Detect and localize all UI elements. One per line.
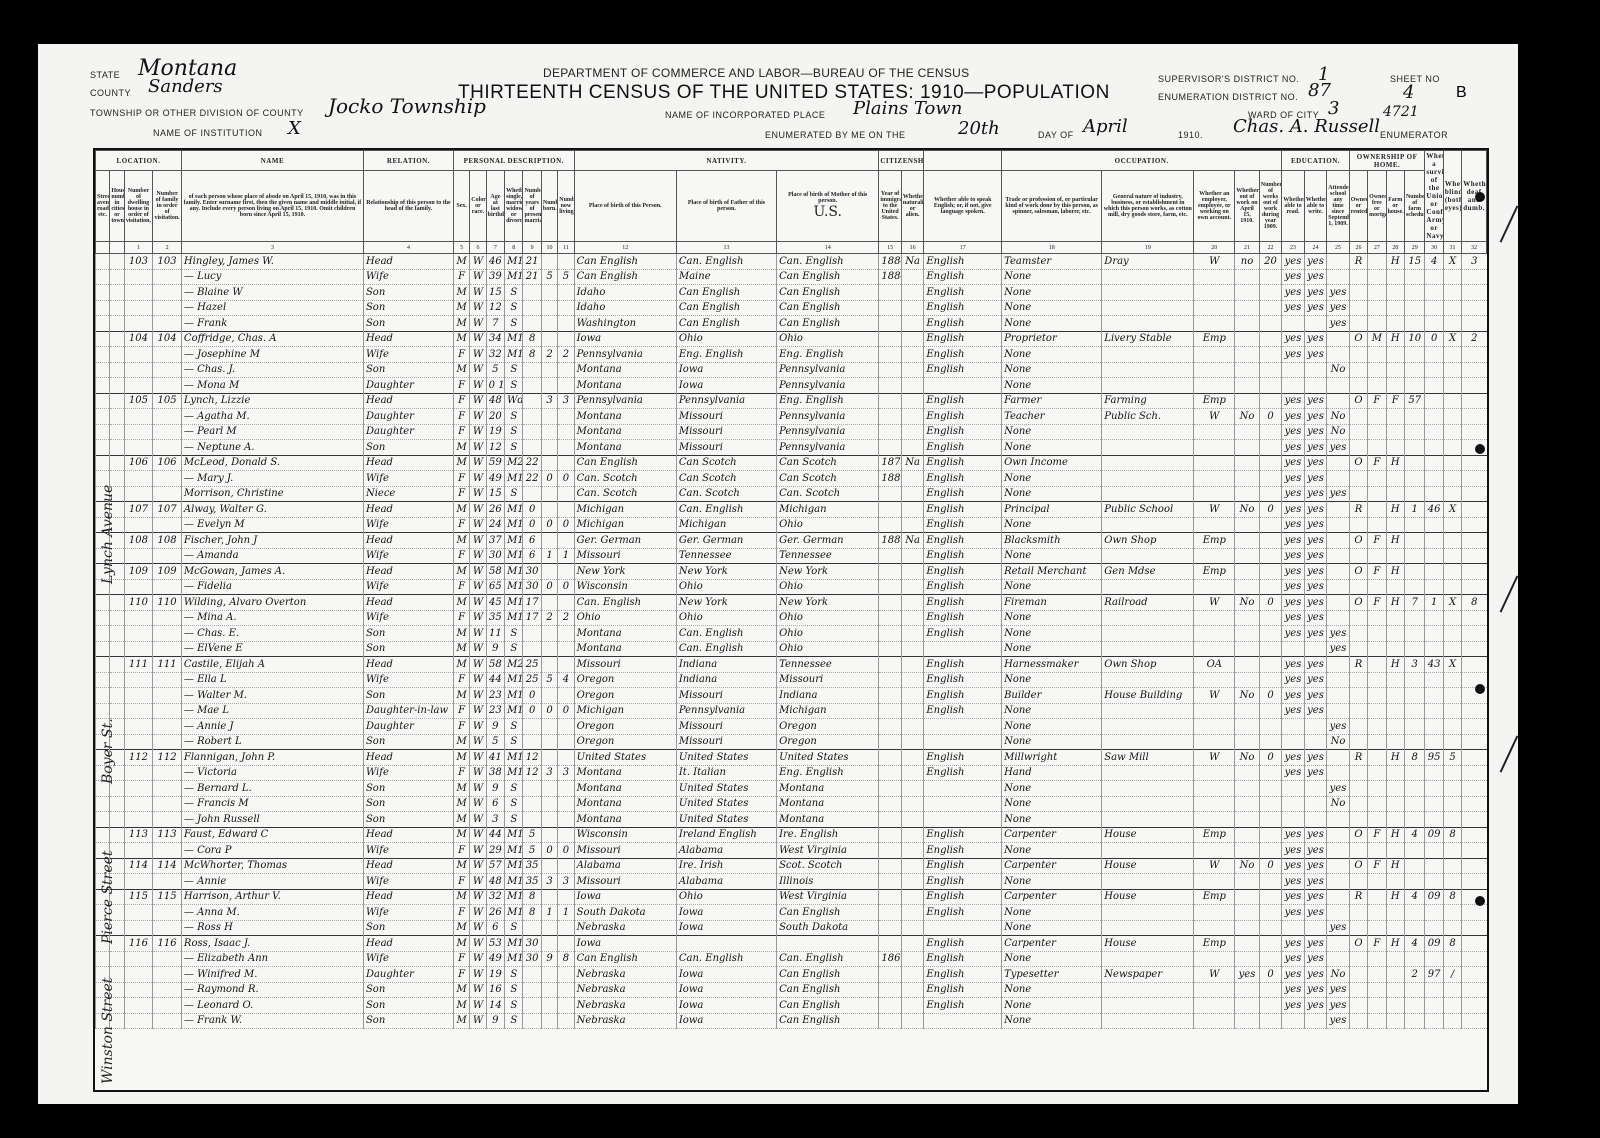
cell-rd: yes (1282, 610, 1304, 626)
cell-fh (1386, 300, 1404, 316)
cell-ow: No (1235, 595, 1260, 611)
cell-rel: Son (363, 998, 453, 1014)
cell-sex: F (453, 393, 469, 409)
cell-eng: English (924, 254, 1002, 270)
cell-rel: Daughter (363, 424, 453, 440)
cell-rel: Son (363, 812, 453, 828)
cell-mtg (1368, 424, 1386, 440)
cell-name: — Elizabeth Ann (181, 951, 363, 967)
cell-emp: Emp (1194, 936, 1235, 952)
cell-rel: Son (363, 316, 453, 332)
col-naturalized: Whether naturalized or alien. (901, 171, 924, 242)
cell-ms: M1 (505, 269, 523, 285)
cell-house (110, 595, 124, 611)
cell-house (110, 269, 124, 285)
cell-df (1462, 796, 1487, 812)
cell-imm: 1884 (879, 269, 901, 285)
cell-eng: English (924, 874, 1002, 890)
cell-wk (1259, 316, 1282, 332)
cell-sch (1404, 409, 1424, 425)
cell-rel: Head (363, 936, 453, 952)
cell-ow (1235, 719, 1260, 735)
cell-wk (1259, 812, 1282, 828)
census-row: Morrison, ChristineNieceFW15SCan. Scotch… (96, 486, 1487, 502)
cell-rd: yes (1282, 300, 1304, 316)
cell-ind (1102, 362, 1194, 378)
cell-name: — ElVene E (181, 641, 363, 657)
cell-name: Faust, Edward C (181, 827, 363, 843)
cell-df (1462, 812, 1487, 828)
cell-ms: S (505, 982, 523, 998)
cell-name: Hingley, James W. (181, 254, 363, 270)
cell-sch (1404, 982, 1424, 998)
cell-imm: 1881 (879, 471, 901, 487)
cell-yrs (523, 920, 541, 936)
cell-dw: 114 (124, 858, 153, 874)
cell-born: 1 (541, 905, 557, 921)
cell-sex: F (453, 905, 469, 921)
cell-dw (124, 486, 153, 502)
cell-bl (1443, 455, 1461, 471)
cell-own (1349, 269, 1367, 285)
col-employer: Whether an employer, employee, or workin… (1194, 171, 1235, 242)
township-label: Township or other division of county (90, 108, 304, 118)
cell-rel: Son (363, 982, 453, 998)
cell-own: O (1349, 331, 1367, 347)
column-number: 4 (363, 242, 453, 254)
cell-bl (1443, 300, 1461, 316)
cell-bf: Ire. Irish (676, 858, 776, 874)
cell-v (1425, 874, 1443, 890)
col-name: of each person whose place of abode on A… (181, 171, 363, 242)
cell-ms: S (505, 734, 523, 750)
cell-rd: yes (1282, 889, 1304, 905)
cell-bp: Can English (574, 269, 676, 285)
census-row: 114114McWhorter, ThomasHeadMW57M135Alaba… (96, 858, 1487, 874)
cell-living (558, 424, 574, 440)
cell-mtg (1368, 750, 1386, 766)
cell-bm: Ohio (777, 331, 879, 347)
cell-fam (153, 440, 182, 456)
cell-bf: Iowa (676, 905, 776, 921)
cell-name: — Leonard O. (181, 998, 363, 1014)
cell-own (1349, 285, 1367, 301)
cell-born: 5 (541, 672, 557, 688)
cell-race: W (470, 688, 486, 704)
cell-bm: Can. English (777, 254, 879, 270)
cell-living (558, 657, 574, 673)
cell-street (96, 378, 110, 394)
cell-eng: English (924, 998, 1002, 1014)
cell-nat (901, 409, 924, 425)
cell-df (1462, 1013, 1487, 1029)
cell-v (1425, 781, 1443, 797)
cell-wr (1304, 1013, 1326, 1029)
cell-sc: yes (1327, 781, 1350, 797)
cell-ms: M1 (505, 951, 523, 967)
cell-eng: English (924, 517, 1002, 533)
cell-nat (901, 734, 924, 750)
cell-nat: Na (901, 533, 924, 549)
cell-ind: House (1102, 889, 1194, 905)
cell-living (558, 362, 574, 378)
cell-yrs: 8 (523, 889, 541, 905)
cell-emp: Emp (1194, 331, 1235, 347)
cell-bm: Can Scotch (777, 471, 879, 487)
cell-sc (1327, 905, 1350, 921)
margin-street-boyer: Boyer St. (100, 718, 116, 784)
cell-ms: M1 (505, 905, 523, 921)
cell-name: Alway, Walter G. (181, 502, 363, 518)
cell-street (96, 796, 110, 812)
cell-eng: English (924, 703, 1002, 719)
cell-sex: F (453, 874, 469, 890)
cell-wr: yes (1304, 347, 1326, 363)
cell-rd: yes (1282, 285, 1304, 301)
cell-living: 0 (558, 843, 574, 859)
cell-mtg (1368, 874, 1386, 890)
cell-nat (901, 610, 924, 626)
cell-mtg (1368, 1013, 1386, 1029)
cell-name: — Mona M (181, 378, 363, 394)
cell-mtg: F (1368, 936, 1386, 952)
cell-eng: English (924, 533, 1002, 549)
cell-df (1462, 378, 1487, 394)
cell-race: W (470, 1013, 486, 1029)
cell-trade: None (1002, 378, 1102, 394)
cell-eng (924, 641, 1002, 657)
cell-age: 16 (486, 982, 504, 998)
cell-race: W (470, 703, 486, 719)
col-children-living: Number now living. (558, 171, 574, 242)
cell-eng: English (924, 579, 1002, 595)
cell-wr: yes (1304, 843, 1326, 859)
cell-df (1462, 719, 1487, 735)
cell-dw (124, 920, 153, 936)
cell-fam (153, 765, 182, 781)
cell-fh (1386, 905, 1404, 921)
cell-v (1425, 626, 1443, 642)
cell-wr: yes (1304, 998, 1326, 1014)
cell-bl (1443, 548, 1461, 564)
cell-wk (1259, 843, 1282, 859)
group-personal: PERSONAL DESCRIPTION. (453, 151, 574, 171)
cell-street (96, 595, 110, 611)
cell-v (1425, 610, 1443, 626)
cell-age: 57 (486, 858, 504, 874)
cell-name: — Hazel (181, 300, 363, 316)
cell-living (558, 409, 574, 425)
cell-trade: None (1002, 610, 1102, 626)
cell-df (1462, 781, 1487, 797)
cell-bl (1443, 920, 1461, 936)
cell-emp (1194, 703, 1235, 719)
cell-race: W (470, 533, 486, 549)
cell-v (1425, 548, 1443, 564)
cell-ms: S (505, 424, 523, 440)
cell-rel: Son (363, 440, 453, 456)
cell-ind: Saw Mill (1102, 750, 1194, 766)
cell-living (558, 1013, 574, 1029)
cell-rel: Niece (363, 486, 453, 502)
cell-eng: English (924, 393, 1002, 409)
cell-born: 1 (541, 548, 557, 564)
cell-living: 3 (558, 765, 574, 781)
cell-emp: Emp (1194, 564, 1235, 580)
census-row: — Chas. E.SonMW11SMontanaCan. EnglishOhi… (96, 626, 1487, 642)
cell-sex: F (453, 765, 469, 781)
cell-bp: Montana (574, 409, 676, 425)
cell-emp (1194, 285, 1235, 301)
cell-sch: 4 (1404, 827, 1424, 843)
cell-mtg: F (1368, 564, 1386, 580)
cell-emp (1194, 579, 1235, 595)
cell-wr: yes (1304, 765, 1326, 781)
cell-nat (901, 781, 924, 797)
cell-dw: 107 (124, 502, 153, 518)
cell-sch (1404, 517, 1424, 533)
cell-v (1425, 269, 1443, 285)
cell-v (1425, 951, 1443, 967)
cell-bf: Maine (676, 269, 776, 285)
cell-rd: yes (1282, 843, 1304, 859)
cell-fh (1386, 316, 1404, 332)
cell-bf: Missouri (676, 440, 776, 456)
cell-ow (1235, 796, 1260, 812)
cell-dw: 105 (124, 393, 153, 409)
cell-imm (879, 781, 901, 797)
cell-trade: None (1002, 796, 1102, 812)
cell-bf: Eng. English (676, 347, 776, 363)
enumerated-day: 20th (958, 118, 1000, 139)
cell-house (110, 610, 124, 626)
cell-mtg (1368, 951, 1386, 967)
cell-fh (1386, 626, 1404, 642)
cell-ow (1235, 471, 1260, 487)
cell-bf: Ohio (676, 610, 776, 626)
cell-imm (879, 564, 901, 580)
cell-trade: None (1002, 1013, 1102, 1029)
cell-nat (901, 843, 924, 859)
cell-trade: None (1002, 424, 1102, 440)
cell-sc: yes (1327, 440, 1350, 456)
cell-age: 6 (486, 796, 504, 812)
cell-ow (1235, 1013, 1260, 1029)
cell-trade: None (1002, 734, 1102, 750)
cell-eng: English (924, 936, 1002, 952)
cell-yrs: 35 (523, 874, 541, 890)
cell-dw (124, 1013, 153, 1029)
cell-sc: yes (1327, 316, 1350, 332)
cell-emp: W (1194, 688, 1235, 704)
cell-own (1349, 486, 1367, 502)
cell-fh (1386, 409, 1404, 425)
cell-imm (879, 905, 901, 921)
cell-wk (1259, 781, 1282, 797)
cell-wr: yes (1304, 254, 1326, 270)
cell-fam: 115 (153, 889, 182, 905)
cell-sch (1404, 316, 1424, 332)
cell-bl (1443, 672, 1461, 688)
cell-fam (153, 269, 182, 285)
cell-fam (153, 688, 182, 704)
column-number: 9 (523, 242, 541, 254)
cell-df (1462, 657, 1487, 673)
cell-bp: Montana (574, 424, 676, 440)
cell-v (1425, 486, 1443, 502)
cell-v (1425, 409, 1443, 425)
cell-race: W (470, 796, 486, 812)
cell-trade: None (1002, 920, 1102, 936)
cell-ms: M1 (505, 331, 523, 347)
cell-living (558, 688, 574, 704)
cell-fam (153, 409, 182, 425)
year-label: 1910. (1178, 130, 1203, 140)
cell-born (541, 812, 557, 828)
cell-v (1425, 719, 1443, 735)
cell-nat (901, 874, 924, 890)
cell-imm: 1869 (879, 951, 901, 967)
cell-yrs (523, 719, 541, 735)
cell-living: 8 (558, 951, 574, 967)
cell-rd: yes (1282, 982, 1304, 998)
cell-ow (1235, 951, 1260, 967)
cell-eng: English (924, 316, 1002, 332)
cell-race: W (470, 889, 486, 905)
cell-dw: 111 (124, 657, 153, 673)
cell-df (1462, 455, 1487, 471)
cell-bl (1443, 765, 1461, 781)
cell-born (541, 858, 557, 874)
cell-trade: None (1002, 440, 1102, 456)
cell-bp: Can. Scotch (574, 471, 676, 487)
cell-fh (1386, 1013, 1404, 1029)
cell-emp (1194, 378, 1235, 394)
margin-street-pierce: Pierce Street (100, 850, 116, 944)
cell-born (541, 254, 557, 270)
cell-ind (1102, 424, 1194, 440)
cell-mtg (1368, 316, 1386, 332)
cell-nat (901, 424, 924, 440)
cell-ow (1235, 672, 1260, 688)
cell-fh (1386, 734, 1404, 750)
cell-sch: 8 (1404, 750, 1424, 766)
cell-bf: Can. Scotch (676, 486, 776, 502)
census-row: — Leonard O.SonMW14SNebraskaIowaCan Engl… (96, 998, 1487, 1014)
cell-fh (1386, 812, 1404, 828)
cell-rd (1282, 316, 1304, 332)
cell-bf: Iowa (676, 967, 776, 983)
col-school: Attended school any time since September… (1327, 171, 1350, 242)
cell-mtg: F (1368, 393, 1386, 409)
cell-nat (901, 812, 924, 828)
cell-own (1349, 765, 1367, 781)
column-number: 11 (558, 242, 574, 254)
cell-wk (1259, 657, 1282, 673)
cell-born (541, 657, 557, 673)
cell-ow: No (1235, 502, 1260, 518)
cell-ind (1102, 269, 1194, 285)
cell-trade: Harnessmaker (1002, 657, 1102, 673)
cell-yrs: 12 (523, 765, 541, 781)
cell-sc (1327, 269, 1350, 285)
cell-own (1349, 982, 1367, 998)
cell-v (1425, 843, 1443, 859)
cell-sch (1404, 998, 1424, 1014)
cell-living (558, 967, 574, 983)
cell-fh (1386, 967, 1404, 983)
cell-bl (1443, 719, 1461, 735)
cell-bf: United States (676, 812, 776, 828)
cell-name: — Mina A. (181, 610, 363, 626)
column-number: 20 (1194, 242, 1235, 254)
cell-age: 12 (486, 440, 504, 456)
cell-own (1349, 347, 1367, 363)
cell-own (1349, 920, 1367, 936)
cell-own (1349, 812, 1367, 828)
cell-fam: 112 (153, 750, 182, 766)
cell-imm (879, 967, 901, 983)
cell-bf: Missouri (676, 409, 776, 425)
cell-fam (153, 998, 182, 1014)
cell-own: R (1349, 502, 1367, 518)
cell-bl (1443, 858, 1461, 874)
cell-emp: W (1194, 502, 1235, 518)
cell-trade: None (1002, 517, 1102, 533)
cell-v: 09 (1425, 889, 1443, 905)
cell-bf: Iowa (676, 378, 776, 394)
cell-rel: Son (363, 781, 453, 797)
cell-v (1425, 517, 1443, 533)
cell-ow (1235, 440, 1260, 456)
cell-v (1425, 347, 1443, 363)
cell-trade: None (1002, 905, 1102, 921)
cell-bl (1443, 269, 1461, 285)
cell-dw (124, 719, 153, 735)
cell-yrs (523, 734, 541, 750)
cell-df (1462, 734, 1487, 750)
cell-v (1425, 1013, 1443, 1029)
census-table: LOCATION. NAME RELATION. PERSONAL DESCRI… (93, 148, 1489, 1092)
cell-emp (1194, 610, 1235, 626)
cell-rel: Wife (363, 843, 453, 859)
cell-fam (153, 579, 182, 595)
cell-bf: Can. English (676, 951, 776, 967)
cell-df (1462, 827, 1487, 843)
cell-sex: F (453, 471, 469, 487)
cell-bf: It. Italian (676, 765, 776, 781)
cell-wr: yes (1304, 750, 1326, 766)
cell-own: R (1349, 254, 1367, 270)
cell-ow (1235, 455, 1260, 471)
cell-trade: Retail Merchant (1002, 564, 1102, 580)
cell-fam (153, 486, 182, 502)
cell-df (1462, 626, 1487, 642)
cell-mtg (1368, 471, 1386, 487)
cell-bf: Ireland English (676, 827, 776, 843)
cell-sch (1404, 688, 1424, 704)
cell-bm: Can Scotch (777, 455, 879, 471)
col-children-born: Number born. (541, 171, 557, 242)
cell-sex: M (453, 455, 469, 471)
cell-name: Wilding, Alvaro Overton (181, 595, 363, 611)
cell-bl (1443, 393, 1461, 409)
cell-age: 0 1/2 (486, 378, 504, 394)
cell-bf: Indiana (676, 657, 776, 673)
cell-trade: None (1002, 781, 1102, 797)
cell-bm: Can English (777, 982, 879, 998)
cell-ow (1235, 734, 1260, 750)
